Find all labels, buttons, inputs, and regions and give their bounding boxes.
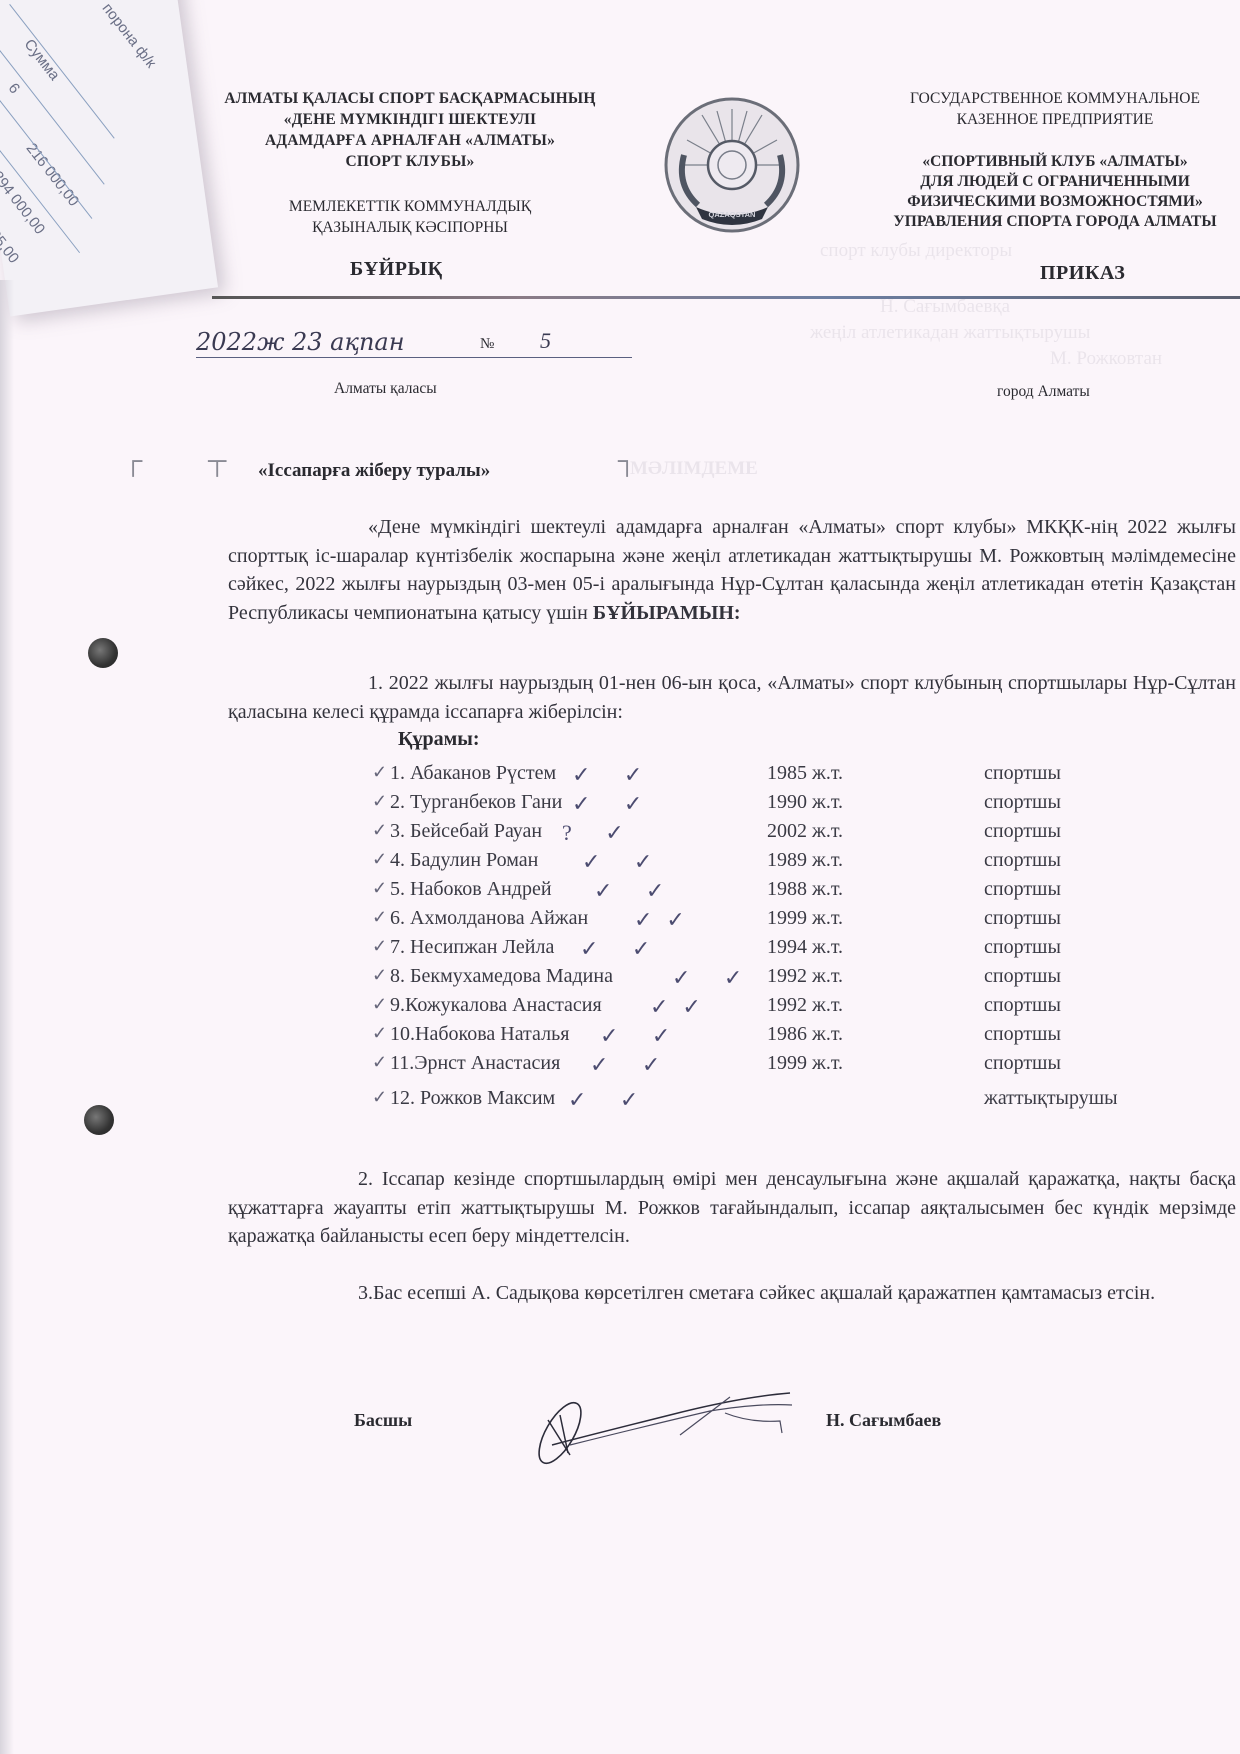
check-marks-icon: ✓✓ bbox=[650, 994, 715, 1020]
corner-mark-right: ┐ bbox=[618, 448, 636, 474]
header-divider bbox=[212, 296, 1240, 299]
member-name: 4. Бадулин Роман bbox=[390, 849, 538, 872]
svg-text:QAZAQSTAN: QAZAQSTAN bbox=[709, 210, 756, 219]
member-name: 10.Набокова Наталья bbox=[390, 1023, 569, 1046]
composition-label: Құрамы: bbox=[398, 728, 480, 751]
check-marks-icon: ? ✓ bbox=[562, 820, 638, 846]
org-type-ru: ГОСУДАРСТВЕННОЕ КОММУНАЛЬНОЕ КАЗЕННОЕ ПР… bbox=[870, 88, 1240, 130]
bleed-through-line: М. Рожковтан bbox=[1050, 348, 1162, 370]
check-mark-icon: ✓ bbox=[372, 1052, 387, 1073]
order-item-1: 1. 2022 жылғы наурыздың 01-нен 06-ын қос… bbox=[228, 669, 1236, 726]
check-mark-icon: ✓ bbox=[372, 878, 387, 899]
check-marks-icon: ✓ ✓ bbox=[568, 1087, 652, 1113]
check-marks-icon: ✓ ✓ bbox=[582, 849, 666, 875]
member-birth-year: 1994 ж.т. bbox=[767, 936, 843, 959]
member-role: спортшы bbox=[984, 1023, 1061, 1046]
org-type-kz: МЕМЛЕКЕТТІК КОММУНАЛДЫҚ ҚАЗЫНАЛЫҚ КӘСІПО… bbox=[190, 196, 630, 238]
org-name-kz: АЛМАТЫ ҚАЛАСЫ СПОРТ БАСҚАРМАСЫНЫҢ «ДЕНЕ … bbox=[190, 88, 630, 172]
member-role: спортшы bbox=[984, 820, 1061, 843]
page-edge-shadow bbox=[0, 280, 14, 1754]
member-birth-year: 1986 ж.т. bbox=[767, 1023, 843, 1046]
member-role: спортшы bbox=[984, 791, 1061, 814]
check-marks-icon: ✓✓ bbox=[634, 907, 699, 933]
check-mark-icon: ✓ bbox=[372, 936, 387, 957]
team-member-row: ✓12. Рожков Максим✓ ✓жаттықтырушы bbox=[372, 1087, 1132, 1116]
check-mark-icon: ✓ bbox=[372, 849, 387, 870]
check-marks-icon: ✓ ✓ bbox=[594, 878, 678, 904]
member-role: спортшы bbox=[984, 965, 1061, 988]
bleed-through-heading: МӘЛІМДЕМЕ bbox=[630, 458, 758, 480]
check-marks-icon: ✓ ✓ bbox=[572, 791, 656, 817]
member-name: 12. Рожков Максим bbox=[390, 1087, 555, 1110]
bleed-through-line: жеңіл атлетикадан жаттықтырушы bbox=[810, 322, 1090, 344]
check-mark-icon: ✓ bbox=[372, 791, 387, 812]
member-name: 6. Ахмолданова Айжан bbox=[390, 907, 588, 930]
team-member-row: ✓6. Ахмолданова Айжан✓✓1999 ж.т.спортшы bbox=[372, 907, 1132, 936]
order-item-2: 2. Іссапар кезінде спортшылардың өмірі м… bbox=[228, 1165, 1236, 1251]
check-mark-icon: ✓ bbox=[372, 994, 387, 1015]
check-mark-icon: ✓ bbox=[372, 762, 387, 783]
team-member-row: ✓2. Турганбеков Гани✓ ✓1990 ж.т.спортшы bbox=[372, 791, 1132, 820]
bleed-through-line: спорт клубы директоры bbox=[820, 240, 1012, 262]
date-underline bbox=[196, 357, 632, 358]
order-number-label: № bbox=[480, 336, 494, 353]
check-mark-icon: ✓ bbox=[372, 1023, 387, 1044]
member-role: жаттықтырушы bbox=[984, 1087, 1118, 1110]
member-birth-year: 1999 ж.т. bbox=[767, 1052, 843, 1075]
order-verb: БҰЙЫРАМЫН: bbox=[593, 602, 741, 624]
member-name: 7. Несипжан Лейла bbox=[390, 936, 554, 959]
signatory-role: Басшы bbox=[354, 1410, 412, 1431]
check-marks-icon: ✓ ✓ bbox=[672, 965, 756, 991]
team-member-row: ✓1. Абаканов Рүстем✓ ✓1985 ж.т.спортшы bbox=[372, 762, 1132, 791]
team-member-row: ✓10.Набокова Наталья✓ ✓1986 ж.т.спортшы bbox=[372, 1023, 1132, 1052]
order-number: 5 bbox=[540, 328, 551, 354]
team-member-row: ✓9.Кожукалова Анастасия✓✓1992 ж.т.спортш… bbox=[372, 994, 1132, 1023]
member-birth-year: 1992 ж.т. bbox=[767, 965, 843, 988]
member-birth-year: 1988 ж.т. bbox=[767, 878, 843, 901]
team-member-row: ✓3. Бейсебай Рауан? ✓2002 ж.т.спортшы bbox=[372, 820, 1132, 849]
bleed-through-line: Н. Сағымбаевқа bbox=[880, 296, 1010, 318]
team-member-row: ✓11.Эрнст Анастасия✓ ✓1999 ж.т.спортшы bbox=[372, 1052, 1132, 1081]
doc-title-ru: ПРИКАЗ bbox=[1040, 262, 1125, 285]
member-birth-year: 2002 ж.т. bbox=[767, 820, 843, 843]
check-mark-icon: ✓ bbox=[372, 1087, 387, 1108]
member-role: спортшы bbox=[984, 936, 1061, 959]
member-birth-year: 1985 ж.т. bbox=[767, 762, 843, 785]
check-marks-icon: ✓ ✓ bbox=[600, 1023, 684, 1049]
state-emblem-icon: QAZAQSTAN bbox=[662, 95, 802, 235]
member-name: 2. Турганбеков Гани bbox=[390, 791, 562, 814]
doc-title-kz: БҰЙРЫҚ bbox=[350, 258, 443, 281]
member-name: 8. Бекмухамедова Мадина bbox=[390, 965, 613, 988]
signatory-name: Н. Сағымбаев bbox=[826, 1410, 941, 1431]
member-role: спортшы bbox=[984, 1052, 1061, 1075]
punch-hole bbox=[88, 638, 118, 668]
team-member-row: ✓5. Набоков Андрей✓ ✓1988 ж.т.спортшы bbox=[372, 878, 1132, 907]
member-name: 9.Кожукалова Анастасия bbox=[390, 994, 602, 1017]
team-member-row: ✓8. Бекмухамедова Мадина✓ ✓1992 ж.т.спор… bbox=[372, 965, 1132, 994]
corner-mark-left: ┌ bbox=[124, 448, 142, 474]
check-marks-icon: ✓ ✓ bbox=[572, 762, 656, 788]
handwritten-signature bbox=[530, 1375, 830, 1475]
team-member-row: ✓4. Бадулин Роман✓ ✓1989 ж.т.спортшы bbox=[372, 849, 1132, 878]
member-birth-year: 1999 ж.т. bbox=[767, 907, 843, 930]
order-subject: «Іссапарға жіберу туралы» bbox=[258, 460, 490, 482]
member-name: 5. Набоков Андрей bbox=[390, 878, 552, 901]
punch-hole bbox=[84, 1105, 114, 1135]
member-role: спортшы bbox=[984, 849, 1061, 872]
preamble-paragraph: «Дене мүмкіндігі шектеулі адамдарға арна… bbox=[228, 513, 1236, 627]
city-kz: Алматы қаласы bbox=[334, 380, 437, 398]
member-role: спортшы bbox=[984, 907, 1061, 930]
check-marks-icon: ✓ ✓ bbox=[590, 1052, 674, 1078]
member-birth-year: 1989 ж.т. bbox=[767, 849, 843, 872]
member-birth-year: 1990 ж.т. bbox=[767, 791, 843, 814]
member-role: спортшы bbox=[984, 878, 1061, 901]
member-birth-year: 1992 ж.т. bbox=[767, 994, 843, 1017]
member-role: спортшы bbox=[984, 994, 1061, 1017]
order-date: 2022ж 23 ақпан bbox=[196, 328, 405, 356]
check-mark-icon: ✓ bbox=[372, 820, 387, 841]
member-name: 1. Абаканов Рүстем bbox=[390, 762, 556, 785]
corner-mark-left-tee: ┬ bbox=[208, 448, 226, 474]
member-name: 3. Бейсебай Рауан bbox=[390, 820, 542, 843]
team-member-row: ✓7. Несипжан Лейла✓ ✓1994 ж.т.спортшы bbox=[372, 936, 1132, 965]
member-role: спортшы bbox=[984, 762, 1061, 785]
check-mark-icon: ✓ bbox=[372, 907, 387, 928]
check-mark-icon: ✓ bbox=[372, 965, 387, 986]
check-marks-icon: ✓ ✓ bbox=[580, 936, 664, 962]
order-item-3: 3.Бас есепші А. Садықова көрсетілген сме… bbox=[228, 1279, 1236, 1308]
member-name: 11.Эрнст Анастасия bbox=[390, 1052, 560, 1075]
city-ru: город Алматы bbox=[997, 383, 1090, 401]
org-name-ru: «СПОРТИВНЫЙ КЛУБ «АЛМАТЫ» ДЛЯ ЛЮДЕЙ С ОГ… bbox=[860, 152, 1240, 232]
